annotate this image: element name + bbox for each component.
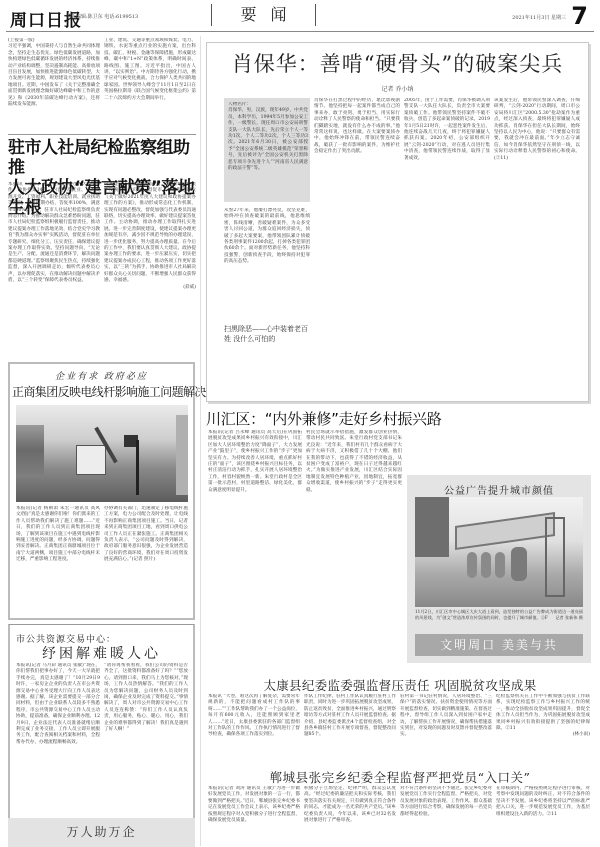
footer-banner: 万人助万企 <box>8 818 195 847</box>
yuncheng-col3: 对不符合条件的坚决不予通过。张完乡纪委对发展党员工作实行全程监督，严格把关，对党… <box>400 786 492 844</box>
gonggong-col2: “请你再帮我看看，我们公司的资料是否齐全了，这批资料都准备好了吗？”“您放心，请… <box>104 663 188 823</box>
gonggong-title: 纾困解难暖人心 <box>8 643 195 663</box>
renshe-text-2: 议案建议、提案的办理质量，“针对建议提案中反映的共性问题，督促市人社局制定印发《… <box>104 182 196 285</box>
page-number: 7 <box>571 2 588 30</box>
xiaobaohua-title: 肖保华：善啃“硬骨头”的破案尖兵 <box>206 48 589 78</box>
continued-article-col1: (上接第一版) 习近平强调，中国秉持人与自然生命共同体理念，坚持走生态优先、绿色… <box>8 38 100 130</box>
gongyi-caption: 11月2日，川汇区市中心城区大庆大道上看到，造型独特的公益广告牌成为街道边一道亮… <box>415 609 583 631</box>
renshe-col1: 本报讯 “今年，市人社局共承办人大建议9件、政协提案14件，内容涉及就业、人力资… <box>8 182 100 350</box>
renshe-col2: 议案建议、提案的办理质量，“针对建议提案中反映的共性问题，督促市人社局制定印发《… <box>104 182 196 350</box>
chuanhui-col1: 本报讯(记者 吕永峰 通讯员 高天启)在巩固拓展脱贫攻坚成果同乡村振兴有效衔接中… <box>208 430 302 660</box>
chuanhui-text-2: 村民会场就示举措措施，激发群众创业热情，带动村民共同致富。朱堂行政村党支部书记朱… <box>306 430 402 494</box>
yuncheng-text-3: 对不符合条件的坚决不予通过。张完乡纪委对发展党员工作实行全程监督，严格把关，对党… <box>400 786 492 818</box>
zhengshang-kicker: 企业有求 政府必应 <box>8 369 195 382</box>
zhengshang-col2: 办协调有关部门，迅速制定了移电线杆施工方案，电力公司配合及时处理，让电线不再影响… <box>104 506 188 621</box>
profile-body: 肖保华，男，汉族，现年49岁，中共党员，本科学历，1994年5月参加公安工作，一… <box>228 108 308 172</box>
yuncheng-text-1: 本报讯(记者 刘涛 通讯员 王敏)“为进一步做好发展党员工作，对发展对象的一言一… <box>208 786 300 824</box>
renshe-author: (彩威) <box>104 285 196 291</box>
masthead: 周口日报 组版编辑:陈卫东 电话:6199513 要闻 2021年11月3日 星… <box>6 0 594 32</box>
issue-date: 2021年11月3日 星期三 <box>512 14 566 21</box>
gonggong-col1: 本报讯(记者 马月彩 通讯员 张敏)“现在，你们帮我们把事办好了，今天一大早就把… <box>16 663 100 823</box>
chuanhui-col2: 村民会场就示举措措施，激发群众创业热情，带动村民共同致富。朱堂行政村党支部书记朱… <box>306 430 402 660</box>
chuanhui-text-1: 本报讯(记者 吕永峰 通讯员 高天启)在巩固拓展脱贫攻坚成果同乡村振兴有效衔接中… <box>208 430 302 494</box>
yuncheng-text-2: 积极分子立场坚定、纪律严明，群众公认度高。“经过纪委的廉洁把关和实际考核，我们要… <box>304 786 396 824</box>
xiaobaohua-col3: 2005年，由于工作需要，肖保华被调入刑警支队一大队任大队长，负责全市大案要案侦… <box>404 98 490 396</box>
yuncheng-text-4: 在审核期内，严格按照规定程序进行审核，对考察中发现问题的及时纠正，对不符合条件的… <box>496 786 590 818</box>
footer-banner-text: 万人助万企 <box>8 818 195 847</box>
yuncheng-col1: 本报讯(记者 刘涛 通讯员 王敏)“为进一步做好发展党员工作，对发展对象的一言一… <box>208 786 300 844</box>
zhengshang-text-1: 本报讯(记者 杨朝肃 朱宏一通讯员 高风 文/图)“真是太感谢你们啦！你们派来的… <box>16 506 100 564</box>
xiaobaohua-text-2: 肖保华在打黑过程中的经历，堪比影视剧情节。他坚持把每一起案件都当成自己的事来办，… <box>314 98 400 156</box>
zhengshang-title: 正商集团反映电线杆影响施工问题解决了 <box>12 383 192 400</box>
column-rule <box>200 36 201 846</box>
xiaobaohua-col1: 从警27年来，他屡打漂亮仗，攻坚克难，始终冲在侦查破案的最前线，他思维缜密，阵线… <box>224 208 310 376</box>
taikang-col4: 纪检监察机关在工作中不断加强与扶贫工作联系，实现纪检监察工作与乡村振兴工作的统一… <box>496 694 590 758</box>
gonggong-text-1: 本报讯(记者 马月彩 通讯员 张敏)“现在，你们帮我们把事办好了，今天一大早就把… <box>16 663 100 746</box>
section-label: 要闻 <box>211 4 316 26</box>
excavator-photo <box>16 405 188 502</box>
taikang-title: 太康县纪委监委强监督压责任 巩固脱贫攻坚成果 <box>206 676 594 694</box>
continued-article-col2: 工业、建筑、交通等重点领域和煤炭、电力、钢铁、水泥等重点行业的实施方案，出台科技… <box>104 38 196 130</box>
taikang-text-2: 作队工作纪律，驻村工作队认真履行驻村工作职责，同时为进一步巩固拓展脱贫攻坚成果，… <box>304 694 396 739</box>
chuanhui-title: 川汇区：“内外兼修”走好乡村振兴路 <box>206 408 441 429</box>
renshe-title-line1: 驻市人社局纪检监察组助推 <box>8 138 198 178</box>
taikang-text-4: 纪检监察机关在工作中不断加强与扶贫工作联系，实现纪检监察工作与乡村振兴工作的统一… <box>496 694 590 732</box>
taikang-text-3: 驻村第一书记驻村情况，人居环境整治、“三保户”的落实情况、扶贫资金使用情况等方面… <box>400 694 492 739</box>
taikang-col1: 本报讯 “大卷，咱这次再了解复杂，需要常年规新的，不能把问题看成村工作队的事呀…… <box>208 694 300 758</box>
yuncheng-col2: 积极分子立场坚定、纪律严明，群众公认度高。“经过纪委的廉洁把关和实际考核，我们要… <box>304 786 396 844</box>
renshe-text-1: 本报讯 “今年，市人社局共承办人大建议9件、政协提案14件，内容涉及就业、人力资… <box>8 182 100 285</box>
section-title: 要闻 <box>226 5 300 24</box>
yuncheng-title: 郸城县张完乡纪委全程监督严把党员“入口关” <box>206 768 594 786</box>
gongyi-caption-credit: 记者 张新伟 摄 <box>555 615 583 621</box>
editor-line: 组版编辑:陈卫东 电话:6199513 <box>66 13 138 20</box>
continued-text-1: 习近平强调，中国秉持人与自然生命共同体理念，坚持走生态优先、绿色低碳发展道路，加… <box>8 44 100 108</box>
zhengshang-col1: 本报讯(记者 杨朝肃 朱宏一通讯员 高风 文/图)“真是太感谢你们啦！你们派来的… <box>16 506 100 621</box>
divider <box>8 134 196 135</box>
taikang-author: (林小雨) <box>496 732 590 738</box>
taikang-col2: 作队工作纪律，驻村工作队认真履行驻村工作职责，同时为进一步巩固拓展脱贫攻坚成果，… <box>304 694 396 758</box>
xiaobaohua-text-4: 该案发生后，他带领民警深入调查，仔细研判，“云剑-2020”行动期间，周口市公安… <box>494 98 580 162</box>
profile-text: 人物名片： 肖保华，男，汉族，现年49岁，中共党员，本科学历，1994年5月参加… <box>228 102 308 200</box>
continued-text-2: 工业、建筑、交通等重点领域和煤炭、电力、钢铁、水泥等重点行业的实施方案，出台科技… <box>104 38 196 102</box>
zhengshang-text-2: 办协调有关部门，迅速制定了移电线杆施工方案，电力公司配合及时处理，让电线不再影响… <box>104 506 188 564</box>
xiaobaohua-col4: 该案发生后，他带领民警深入调查，仔细研判，“云剑-2020”行动期间，周口市公安… <box>494 98 580 396</box>
xiaobaohua-col2: 肖保华在打黑过程中的经历，堪比影视剧情节。他坚持把每一起案件都当成自己的事来办，… <box>314 98 400 396</box>
xiaobaohua-byline: 记者 乔小纳 <box>206 84 589 93</box>
subhead-1: 扫黑除恶——心中装着老百姓 没什么可怕的 <box>224 322 310 344</box>
taikang-col3: 驻村第一书记驻村情况，人居环境整治、“三保户”的落实情况、扶贫资金使用情况等方面… <box>400 694 492 758</box>
billboard-photo <box>415 497 583 607</box>
gongyi-title: 公益广告提升城市颜值 <box>407 482 591 497</box>
taikang-text-1: 本报讯 “大卷，咱这次再了解复杂，需要常年规新的，不能把问题看成村工作队的事呀…… <box>208 694 300 739</box>
gongyi-banner: 文明周口 美美与共 <box>415 634 583 656</box>
xiaobaohua-text-3: 2005年，由于工作需要，肖保华被调入刑警支队一大队任大队长，负责全市大案要案侦… <box>404 98 490 162</box>
yuncheng-col4: 在审核期内，严格按照规定程序进行审核，对考察中发现问题的及时纠正，对不符合条件的… <box>496 786 590 844</box>
gonggong-text-2: “请你再帮我看看，我们公司的资料是否齐全了，这批资料都准备好了吗？”“您放心，请… <box>104 663 188 733</box>
xiaobaohua-text-1: 从警27年来，他屡打漂亮仗，攻坚克难，始终冲在侦查破案的最前线，他思维缜密，阵线… <box>224 208 310 266</box>
